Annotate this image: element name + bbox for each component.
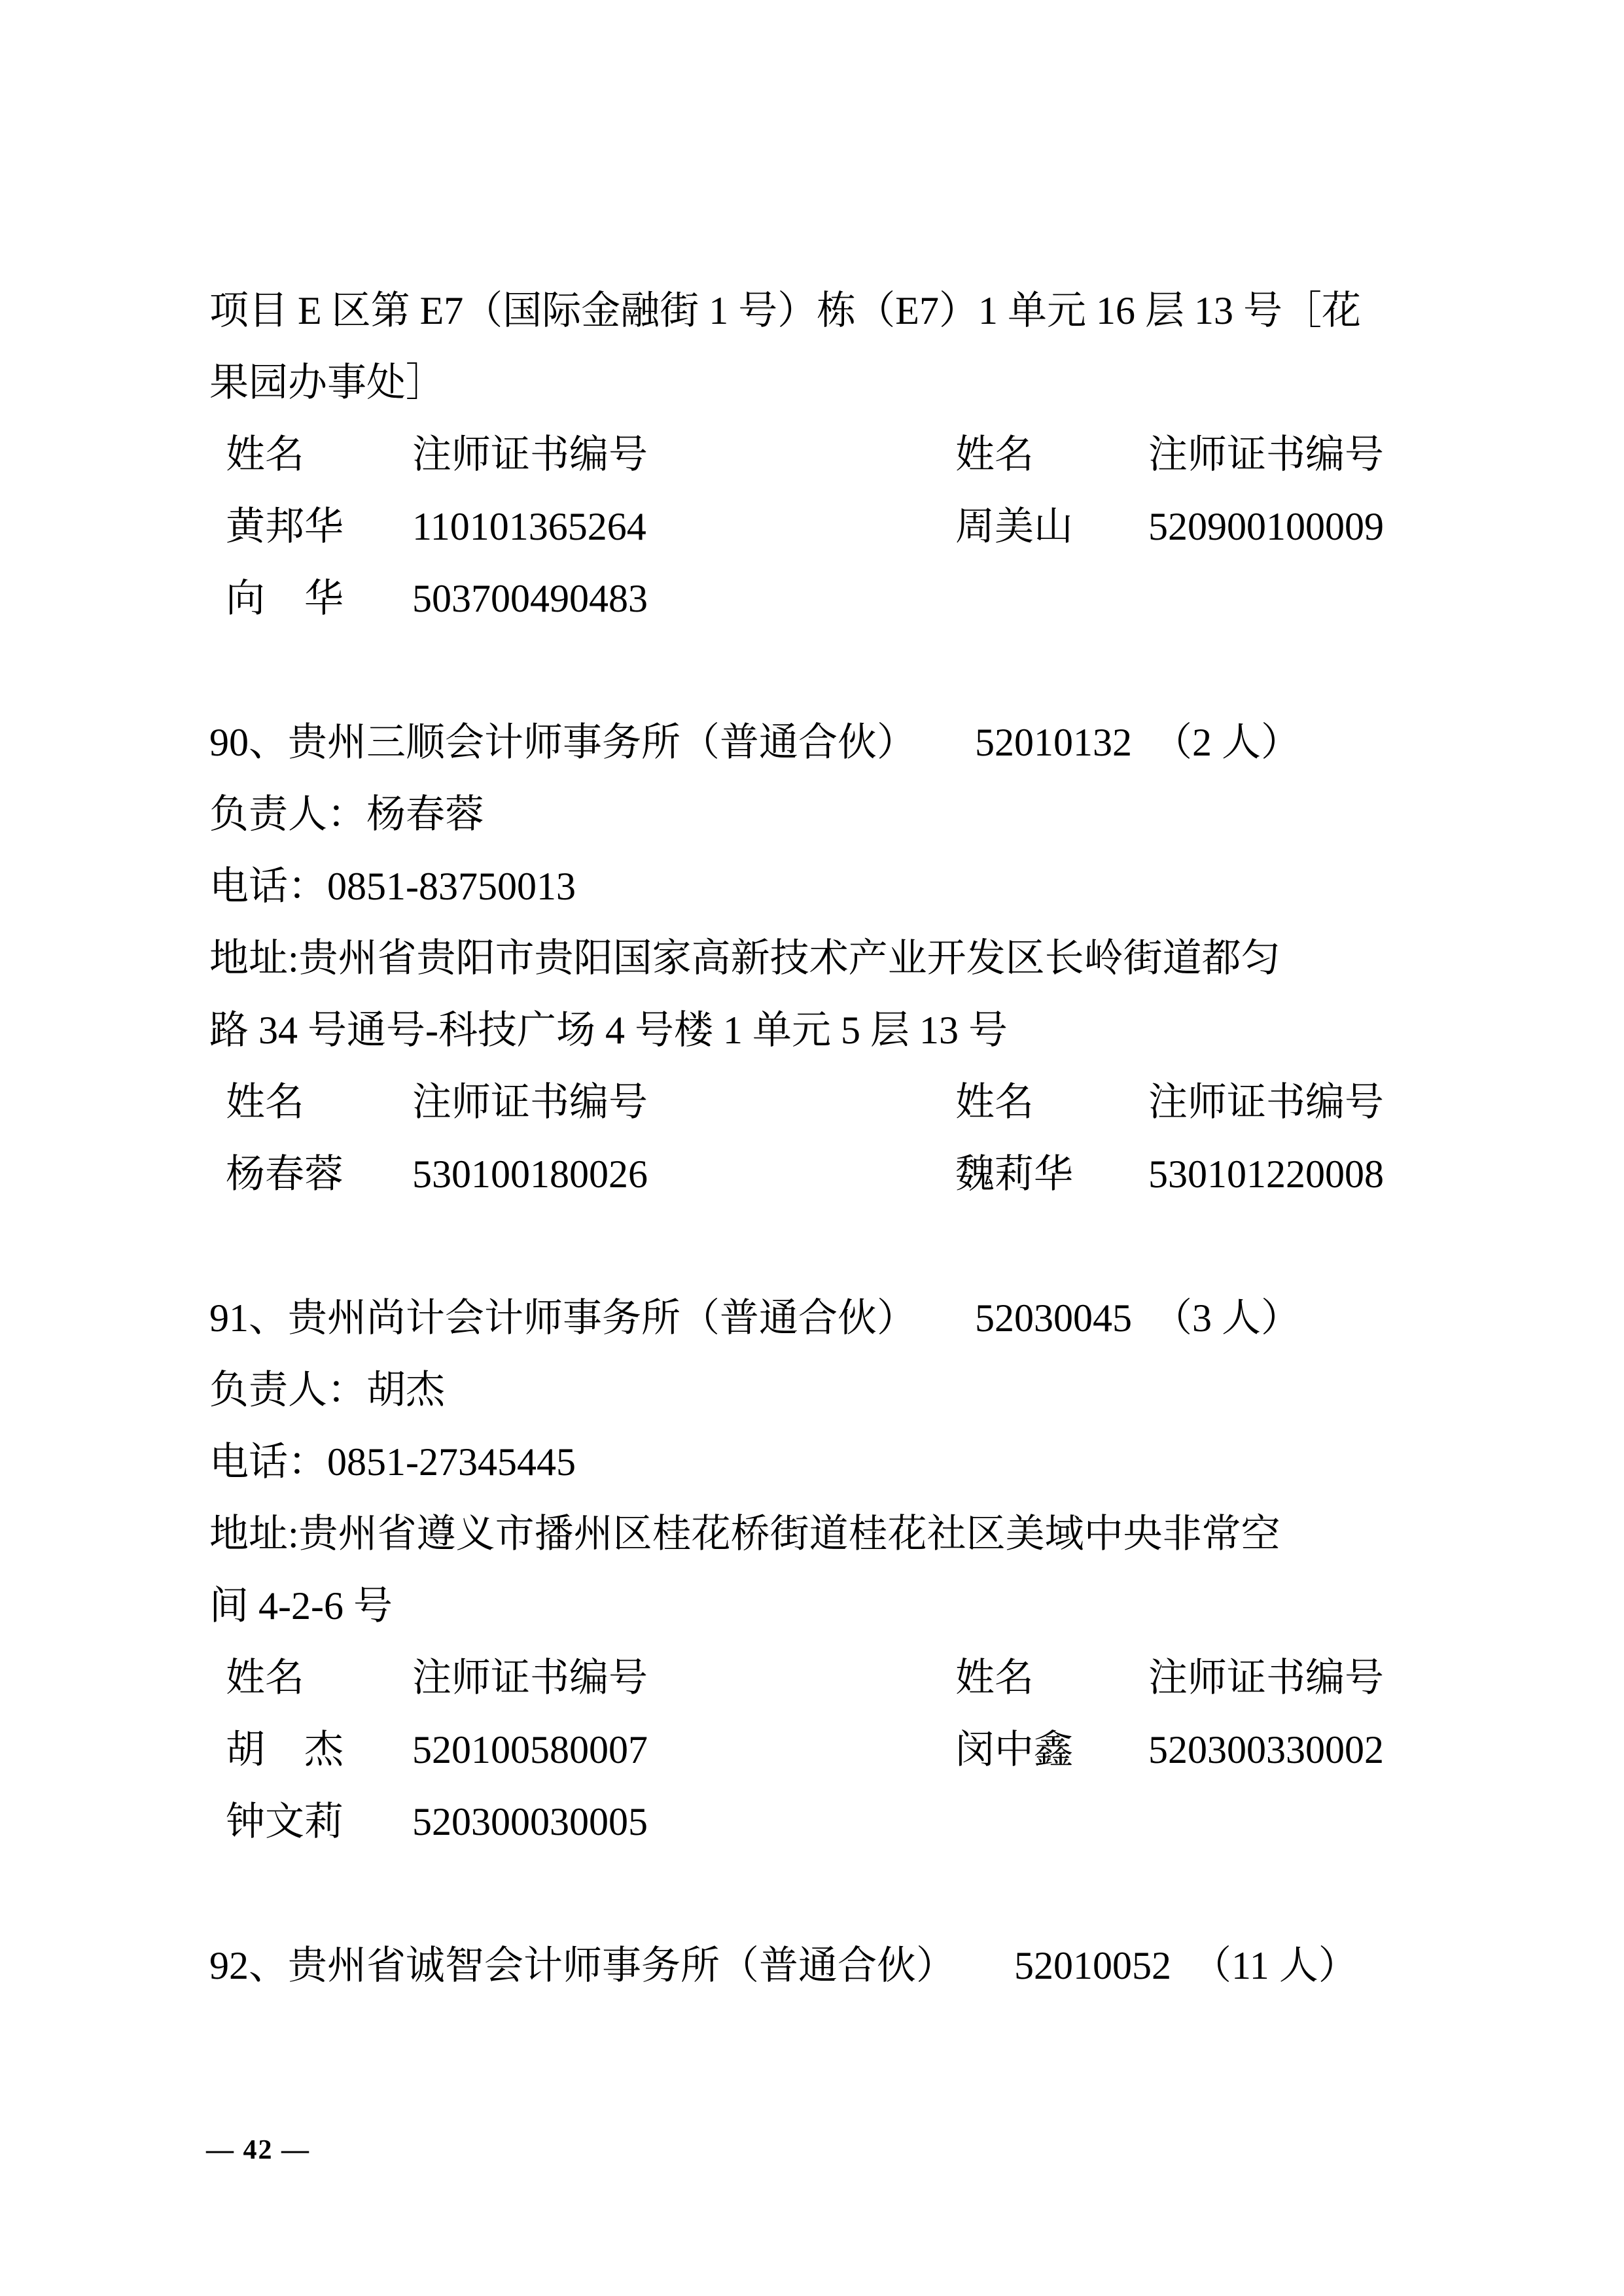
roster-header-name-right: 姓名 bbox=[955, 1642, 1148, 1714]
firm-member-count: （2 人） bbox=[1153, 721, 1300, 764]
carryover-address-line-2: 果园办事处］ bbox=[209, 347, 1420, 419]
phone-label: 电话： bbox=[209, 1440, 327, 1484]
spacer bbox=[209, 635, 1420, 706]
accountant-name: 闵中鑫 bbox=[955, 1714, 1148, 1786]
manager-label: 负责人： bbox=[209, 1368, 366, 1412]
roster-header-cert-left: 注师证书编号 bbox=[412, 1066, 955, 1138]
cert-number: 503700490483 bbox=[412, 563, 955, 635]
accountant-name: 黄邦华 bbox=[226, 491, 412, 563]
phone-number: 0851-27345445 bbox=[327, 1440, 576, 1484]
carryover-address-line-1: 项目 E 区第 E7（国际金融街 1 号）栋（E7）1 单元 16 层 13 号… bbox=[209, 275, 1420, 347]
manager-name: 胡杰 bbox=[366, 1368, 445, 1412]
roster-row: 胡 杰 520100580007 闵中鑫 520300330002 bbox=[209, 1714, 1420, 1786]
accountant-name bbox=[955, 1786, 1148, 1858]
cert-number: 520300030005 bbox=[412, 1786, 955, 1858]
spacer bbox=[209, 1858, 1420, 1930]
roster-header-name-left: 姓名 bbox=[226, 1642, 412, 1714]
accountant-name: 杨春蓉 bbox=[226, 1138, 412, 1210]
firm-code: 52010052 bbox=[1014, 1944, 1171, 1987]
accountant-name: 魏莉华 bbox=[955, 1138, 1148, 1210]
firm-phone-line: 电话：0851-27345445 bbox=[209, 1426, 1420, 1498]
phone-number: 0851-83750013 bbox=[327, 865, 576, 908]
cert-number: 520100580007 bbox=[412, 1714, 955, 1786]
roster-header-cert-left: 注师证书编号 bbox=[412, 419, 955, 491]
roster-row: 杨春蓉 530100180026 魏莉华 530101220008 bbox=[209, 1138, 1420, 1210]
cert-number: 520300330002 bbox=[1148, 1714, 1420, 1786]
accountant-name: 胡 杰 bbox=[226, 1714, 412, 1786]
roster-header-cert-left: 注师证书编号 bbox=[412, 1642, 955, 1714]
firm-title-name: 90、贵州三顺会计师事务所（普通合伙） bbox=[209, 721, 916, 764]
accountant-name: 钟文莉 bbox=[226, 1786, 412, 1858]
phone-label: 电话： bbox=[209, 865, 327, 908]
roster-header-name-left: 姓名 bbox=[226, 419, 412, 491]
firm-address-line-2: 路 34 号通号-科技广场 4 号楼 1 单元 5 层 13 号 bbox=[209, 994, 1420, 1066]
firm-title: 92、贵州省诚智会计师事务所（普通合伙）52010052（11 人） bbox=[209, 1930, 1420, 2002]
cert-number bbox=[1148, 563, 1420, 635]
firm-title: 91、贵州尚计会计师事务所（普通合伙）52030045（3 人） bbox=[209, 1282, 1420, 1354]
firm-address-line-1: 地址:贵州省贵阳市贵阳国家高新技术产业开发区长岭街道都匀 bbox=[209, 922, 1420, 994]
accountant-name: 周美山 bbox=[955, 491, 1148, 563]
roster-header-row: 姓名 注师证书编号 姓名 注师证书编号 bbox=[209, 419, 1420, 491]
manager-name: 杨春蓉 bbox=[366, 793, 484, 836]
page-content: 项目 E 区第 E7（国际金融街 1 号）栋（E7）1 单元 16 层 13 号… bbox=[209, 275, 1420, 2002]
accountant-name: 向 华 bbox=[226, 563, 412, 635]
cert-number: 520900100009 bbox=[1148, 491, 1420, 563]
firm-title-name: 92、贵州省诚智会计师事务所（普通合伙） bbox=[209, 1944, 955, 1987]
roster-header-row: 姓名 注师证书编号 姓名 注师证书编号 bbox=[209, 1066, 1420, 1138]
spacer bbox=[209, 1210, 1420, 1282]
roster-header-cert-right: 注师证书编号 bbox=[1148, 1642, 1420, 1714]
roster-row: 向 华 503700490483 bbox=[209, 563, 1420, 635]
cert-number: 530101220008 bbox=[1148, 1138, 1420, 1210]
page-number: — 42 — bbox=[206, 2134, 310, 2166]
cert-number: 110101365264 bbox=[412, 491, 955, 563]
manager-label: 负责人： bbox=[209, 793, 366, 836]
firm-member-count: （11 人） bbox=[1192, 1944, 1358, 1987]
roster-header-row: 姓名 注师证书编号 姓名 注师证书编号 bbox=[209, 1642, 1420, 1714]
firm-address-line-2: 间 4-2-6 号 bbox=[209, 1570, 1420, 1642]
firm-code: 52010132 bbox=[975, 721, 1132, 764]
roster-header-cert-right: 注师证书编号 bbox=[1148, 1066, 1420, 1138]
document-page: 项目 E 区第 E7（国际金融街 1 号）栋（E7）1 单元 16 层 13 号… bbox=[0, 0, 1624, 2296]
roster-row: 黄邦华 110101365264 周美山 520900100009 bbox=[209, 491, 1420, 563]
firm-title-name: 91、贵州尚计会计师事务所（普通合伙） bbox=[209, 1296, 916, 1340]
cert-number: 530100180026 bbox=[412, 1138, 955, 1210]
roster-header-name-right: 姓名 bbox=[955, 419, 1148, 491]
roster-header-name-left: 姓名 bbox=[226, 1066, 412, 1138]
firm-code: 52030045 bbox=[975, 1296, 1132, 1340]
cert-number bbox=[1148, 1786, 1420, 1858]
firm-address-line-1: 地址:贵州省遵义市播州区桂花桥街道桂花社区美域中央非常空 bbox=[209, 1498, 1420, 1570]
roster-header-name-right: 姓名 bbox=[955, 1066, 1148, 1138]
firm-manager-line: 负责人：胡杰 bbox=[209, 1354, 1420, 1426]
accountant-name bbox=[955, 563, 1148, 635]
firm-manager-line: 负责人：杨春蓉 bbox=[209, 778, 1420, 850]
roster-row: 钟文莉 520300030005 bbox=[209, 1786, 1420, 1858]
roster-header-cert-right: 注师证书编号 bbox=[1148, 419, 1420, 491]
firm-member-count: （3 人） bbox=[1153, 1296, 1300, 1340]
firm-title: 90、贵州三顺会计师事务所（普通合伙）52010132（2 人） bbox=[209, 706, 1420, 778]
firm-phone-line: 电话：0851-83750013 bbox=[209, 850, 1420, 922]
